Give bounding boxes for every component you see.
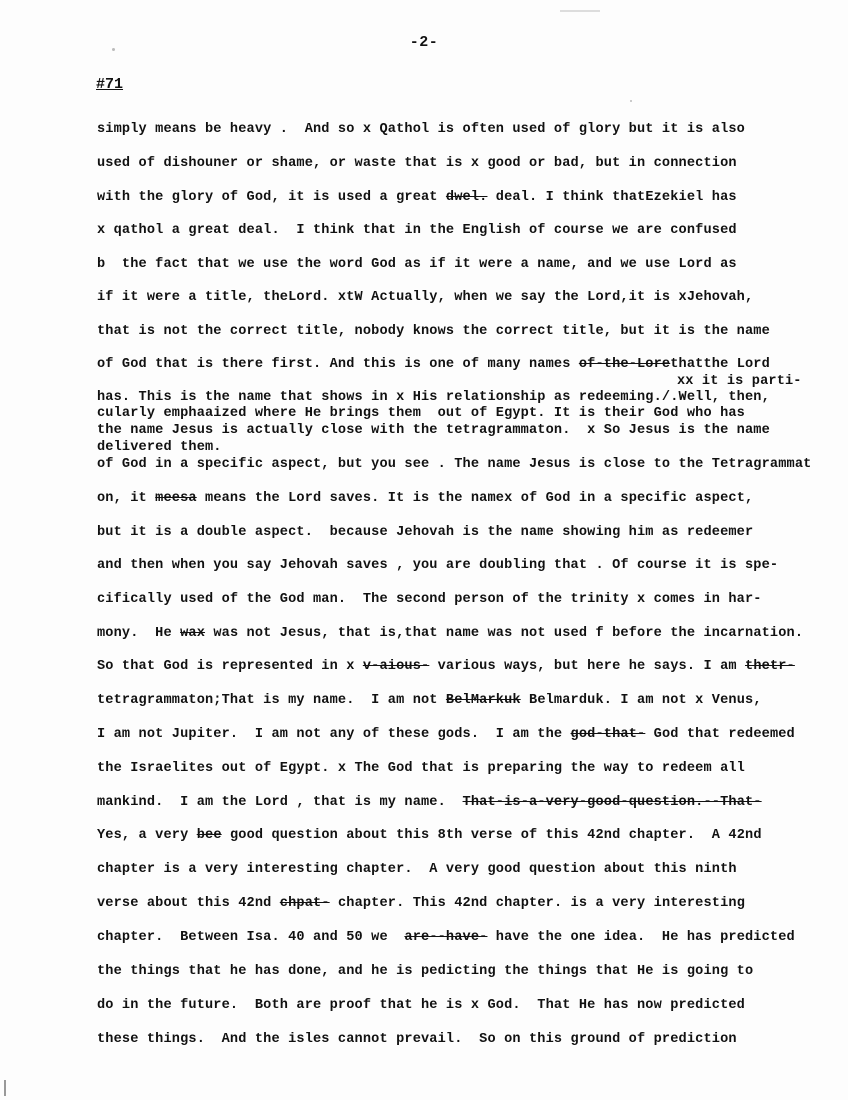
transcript-line: I am not Jupiter. I am not any of these …: [97, 727, 795, 743]
struck-out-text: chpat-: [280, 896, 330, 911]
transcript-line: cularly emphaaized where He brings them …: [97, 406, 745, 422]
transcript-line: on, it meesa means the Lord saves. It is…: [97, 491, 753, 507]
scan-speck: [630, 100, 632, 102]
transcript-line: has. This is the name that shows in x Hi…: [97, 390, 770, 406]
struck-out-text: of-the-Lore: [579, 357, 670, 372]
transcript-line: with the glory of God, it is used a grea…: [97, 190, 737, 206]
transcript-line: simply means be heavy . And so x Qathol …: [97, 122, 745, 138]
typed-transcript-page: -2- #71 simply means be heavy . And so x…: [0, 0, 848, 1100]
struck-out-text: dwel.: [446, 190, 488, 205]
transcript-line: xx it is parti-: [677, 374, 802, 390]
struck-out-text: bee: [197, 828, 222, 843]
struck-out-text: meesa: [155, 491, 197, 506]
transcript-line: delivered them.: [97, 440, 222, 456]
transcript-line: Yes, a very bee good question about this…: [97, 828, 762, 844]
transcript-line: mankind. I am the Lord , that is my name…: [97, 795, 762, 811]
page-number: -2-: [0, 34, 848, 51]
scan-speck: [4, 1080, 6, 1096]
transcript-line: if it were a title, theLord. xtW Actuall…: [97, 290, 753, 306]
transcript-line: chapter is a very interesting chapter. A…: [97, 862, 737, 878]
transcript-line: b the fact that we use the word God as i…: [97, 257, 737, 273]
struck-out-text: v-aious-: [363, 659, 429, 674]
struck-out-text: thetr-: [745, 659, 795, 674]
transcript-line: used of dishouner or shame, or waste tha…: [97, 156, 737, 172]
transcript-line: mony. He wax was not Jesus, that is,that…: [97, 626, 803, 642]
struck-out-text: BelMarkuk: [446, 693, 521, 708]
transcript-line: of God that is there first. And this is …: [97, 357, 770, 373]
scan-speck: [560, 10, 600, 12]
transcript-line: that is not the correct title, nobody kn…: [97, 324, 770, 340]
struck-out-text: wax: [180, 626, 205, 641]
transcript-line: tetragrammaton;That is my name. I am not…: [97, 693, 762, 709]
transcript-line: cifically used of the God man. The secon…: [97, 592, 762, 608]
transcript-line: of God in a specific aspect, but you see…: [97, 457, 811, 473]
transcript-line: these things. And the isles cannot preva…: [97, 1032, 737, 1048]
struck-out-text: are--have-: [404, 930, 487, 945]
transcript-line: the things that he has done, and he is p…: [97, 964, 753, 980]
transcript-line: chapter. Between Isa. 40 and 50 we are--…: [97, 930, 795, 946]
transcript-line: x qathol a great deal. I think that in t…: [97, 223, 737, 239]
transcript-line: verse about this 42nd chpat- chapter. Th…: [97, 896, 745, 912]
struck-out-text: That-is-a-very-good-question.--That-: [463, 795, 762, 810]
transcript-line: So that God is represented in x v-aious-…: [97, 659, 795, 675]
transcript-reference-number: #71: [96, 76, 123, 93]
scan-speck: [112, 48, 115, 51]
transcript-line: the Israelites out of Egypt. x The God t…: [97, 761, 745, 777]
transcript-line: but it is a double aspect. because Jehov…: [97, 525, 753, 541]
transcript-line: the name Jesus is actually close with th…: [97, 423, 770, 439]
transcript-line: do in the future. Both are proof that he…: [97, 998, 745, 1014]
transcript-line: and then when you say Jehovah saves , yo…: [97, 558, 778, 574]
struck-out-text: god-that-: [571, 727, 646, 742]
